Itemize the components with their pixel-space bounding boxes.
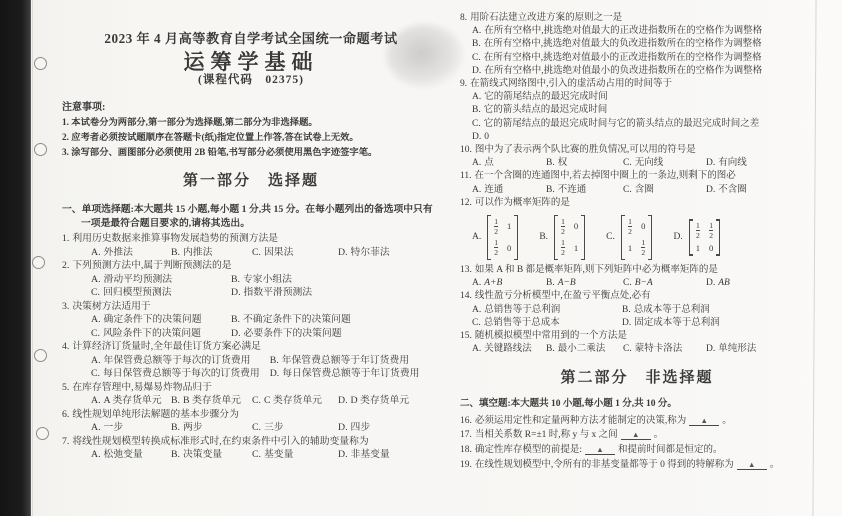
- fraction-denominator: 2: [561, 226, 565, 235]
- option-label: A.: [472, 92, 481, 102]
- option-text: 总销售等于总成本: [484, 318, 560, 328]
- matrix-cell: 1: [696, 244, 700, 253]
- option: D.四步: [338, 421, 440, 435]
- option-text: 每日保管费总额等于每次的订货费用: [103, 368, 260, 379]
- question-stem-line: 11.在一个含圈的连通图中,若去掉图中圈上的一条边,则剩下的图必: [460, 170, 814, 183]
- option: B.A−B: [546, 277, 623, 290]
- option-text: 松弛变量: [104, 449, 143, 460]
- fill-post-text: 。: [654, 430, 664, 440]
- fill-blank-item: 18.确定性库存模型的前提是:▲和提前时间都是恒定的。: [460, 443, 814, 458]
- option-label: A.: [472, 305, 481, 315]
- fraction-denominator: 2: [494, 247, 498, 256]
- option: C.在所有空格中,挑选绝对值最小的正改进指数所在的空格作为调整格: [472, 52, 814, 65]
- question: 15.随机模拟模型中常用到的一个方法是A.关键路线法B.最小二乘法C.蒙特卡洛法…: [460, 330, 814, 356]
- option: B.总成本等于总利润: [622, 304, 814, 317]
- option: D.单纯形法: [706, 343, 814, 356]
- option: B.专家小组法: [231, 273, 440, 287]
- punch-hole: [34, 57, 47, 70]
- question-number: 16.: [460, 416, 472, 426]
- matrix-cell: 1: [507, 222, 511, 231]
- fill-pre-text: 在线性规划模型中,令所有的非基变量都等于 0 得到的特解称为: [475, 460, 734, 470]
- option-label: D.: [706, 158, 715, 168]
- fill-blank-item: 19.在线性规划模型中,令所有的非基变量都等于 0 得到的特解称为▲。: [460, 458, 814, 473]
- question-stem: 可以作为概率矩阵的是: [475, 197, 570, 210]
- option-label: B.: [539, 231, 548, 244]
- option-label: A.: [91, 314, 101, 325]
- option-text: A−B: [558, 278, 576, 288]
- question-number: 12.: [460, 197, 472, 210]
- option-label: B.: [622, 305, 631, 315]
- option-text: 外推法: [104, 247, 133, 258]
- option-label: B.: [231, 314, 240, 325]
- fraction: 12: [709, 222, 713, 239]
- option: C.因果法: [252, 246, 338, 260]
- question: 9.在箭线式网络图中,引入的虚活动占用的时间等于A.它的箭尾结点的最迟完成时间B…: [460, 78, 814, 144]
- option-text: 年保管费总额等于每次的订货费用: [104, 355, 251, 366]
- option: B.年保管费总额等于年订货费用: [270, 354, 440, 368]
- option: A.关键路线法: [472, 343, 546, 356]
- option-label: D.: [338, 247, 348, 258]
- question-stem-line: 7.将线性规划模型转换成标准形式时,在约束条件中引入的辅助变量称为: [62, 435, 440, 449]
- question-stem-line: 13.如果 A 和 B 都是概率矩阵,则下列矩阵中必为概率矩阵的是: [460, 264, 814, 277]
- fraction-numerator: 1: [494, 239, 498, 247]
- option: A.121120: [472, 215, 518, 260]
- options-row: A.点B.权C.无向线D.有向线: [460, 157, 814, 170]
- fraction-denominator: 2: [696, 230, 700, 239]
- option-label: A.: [91, 422, 101, 433]
- notice-heading: 注意事项:: [62, 101, 440, 115]
- option-text: 点: [484, 158, 494, 168]
- option-text: 不连通: [558, 185, 587, 195]
- question-number: 7.: [62, 435, 69, 449]
- option-label: A.: [91, 449, 101, 460]
- option-label: B.: [270, 355, 279, 366]
- option-label: A.: [472, 185, 481, 195]
- question-stem: 线性规划单纯形法解题的基本步骤分为: [72, 408, 239, 422]
- question: 5.在库存管理中,易爆易炸物品归于A.A 类存货单元B.B 类存货单元C.C 类…: [62, 381, 440, 408]
- fill-blank-item: 16.必须运用定性和定量两种方法才能制定的决策,称为▲。: [460, 414, 814, 429]
- option: A.点: [472, 157, 546, 170]
- option-label: B.: [472, 39, 481, 49]
- question-number: 18.: [460, 445, 472, 455]
- matrix-cell: 0: [709, 244, 713, 253]
- matrix-cell: 1: [628, 244, 632, 253]
- option: D.必要条件下的决策问题: [231, 327, 440, 341]
- option-label: C.: [623, 278, 632, 288]
- options-row: A.在所有空格中,挑选绝对值最大的正改进指数所在的空格作为调整格B.在所有空格中…: [460, 25, 814, 78]
- option-text: 关键路线法: [484, 344, 532, 354]
- option: A.年保管费总额等于每次的订货费用: [91, 354, 260, 368]
- option-text: D 类存货单元: [351, 395, 410, 406]
- question: 8.用阶石法建立改进方案的原则之一是A.在所有空格中,挑选绝对值最大的正改进指数…: [460, 12, 814, 78]
- fraction: 12: [561, 218, 565, 235]
- option-text: 无向线: [635, 158, 664, 168]
- punch-hole: [32, 256, 45, 269]
- option-text: 回归模型预测法: [103, 287, 172, 298]
- question-stem: 图中为了表示两个队比赛的胜负情况,可以用的符号是: [475, 144, 696, 157]
- option-text: 单纯形法: [718, 344, 756, 354]
- answer-blank: ▲: [737, 460, 767, 470]
- option-label: D.: [622, 318, 631, 328]
- questions-8-15: 8.用阶石法建立改进方案的原则之一是A.在所有空格中,挑选绝对值最大的正改进指数…: [460, 12, 814, 356]
- matrix-grid: 120121: [561, 218, 578, 257]
- option-text: 它的箭尾结点的最迟完成时间与它的箭头结点的最迟完成时间之差: [484, 119, 760, 129]
- matrix-grid: 121210: [696, 222, 714, 252]
- fraction-numerator: 1: [641, 239, 645, 247]
- scanned-exam-page: 2023 年 4 月高等教育自学考试全国统一命题考试 运筹学基础 (课程代码 0…: [0, 0, 842, 516]
- option-label: D.: [338, 395, 348, 406]
- option: C.基变量: [252, 448, 338, 462]
- question-number: 10.: [460, 144, 472, 157]
- option: B.最小二乘法: [546, 343, 623, 356]
- fraction-denominator: 2: [561, 247, 565, 256]
- option-label: C.: [472, 318, 481, 328]
- fraction: 12: [494, 218, 498, 235]
- option: B.B 类存货单元: [171, 394, 252, 408]
- notice-item: 1. 本试卷分为两部分,第一部分为选择题,第二部分为非选择题。: [62, 116, 440, 131]
- option: A.它的箭尾结点的最迟完成时间: [472, 91, 814, 104]
- question-number: 2.: [62, 259, 69, 273]
- question-stem-line: 5.在库存管理中,易爆易炸物品归于: [62, 381, 440, 395]
- question-number: 8.: [460, 12, 467, 25]
- option-label: B.: [546, 158, 555, 168]
- option: C.每日保管费总额等于每次的订货费用: [91, 367, 260, 381]
- option-label: D.: [706, 185, 715, 195]
- notice-item: 2. 应考者必须按试题顺序在答题卡(纸)指定位置上作答,答在试卷上无效。: [62, 131, 440, 146]
- option: B.内推法: [171, 246, 252, 260]
- option: D.在所有空格中,挑选绝对值最小的负改进指数所在的空格作为调整格: [472, 65, 814, 78]
- option: B.不连通: [546, 184, 623, 197]
- options-row: A.A+BB.A−BC.B−AD.AB: [460, 277, 814, 290]
- fraction-denominator: 2: [709, 230, 713, 239]
- option-label: C.: [91, 368, 100, 379]
- option: C.回归模型预测法: [91, 286, 231, 300]
- part1-heading: 第一部分 选择题: [62, 175, 440, 189]
- option-text: 含圈: [635, 185, 654, 195]
- option-text: 它的箭尾结点的最迟完成时间: [484, 92, 608, 102]
- matrix-cell: 0: [641, 222, 645, 231]
- fill-pre-text: 确定性库存模型的前提是:: [475, 445, 582, 455]
- question: 3.决策树方法适用于A.确定条件下的决策问题B.不确定条件下的决策问题C.风险条…: [62, 300, 440, 341]
- option-label: A.: [91, 395, 101, 406]
- option-text: 连通: [484, 185, 503, 195]
- option-label: B.: [171, 247, 180, 258]
- option-text: 内推法: [183, 247, 212, 258]
- option-text: 基变量: [264, 449, 293, 460]
- option: C.它的箭尾结点的最迟完成时间与它的箭头结点的最迟完成时间之差: [472, 118, 814, 131]
- options-row: A.121120B.120121C.120112D.121210: [460, 210, 814, 264]
- option-text: B−A: [635, 278, 653, 288]
- option-text: A+B: [484, 278, 502, 288]
- matrix-cell: 1: [574, 244, 578, 253]
- question-stem: 随机模拟模型中常用到的一个方法是: [475, 330, 627, 343]
- option-text: 最小二乘法: [558, 344, 606, 354]
- right-column: 8.用阶石法建立改进方案的原则之一是A.在所有空格中,挑选绝对值最大的正改进指数…: [460, 12, 814, 472]
- matrix: 121120: [487, 215, 518, 260]
- option-text: 在所有空格中,挑选绝对值最大的正改进指数所在的空格作为调整格: [484, 26, 762, 36]
- option: D.指数平滑预测法: [231, 286, 440, 300]
- option: A.A 类存货单元: [91, 394, 171, 408]
- question-number: 5.: [62, 381, 69, 395]
- option-text: 两步: [183, 422, 203, 433]
- option-text: 特尔菲法: [351, 247, 390, 258]
- question-number: 15.: [460, 330, 472, 343]
- punch-hole: [34, 349, 47, 362]
- option-text: 在所有空格中,挑选绝对值最小的负改进指数所在的空格作为调整格: [484, 66, 762, 76]
- option-text: C 类存货单元: [264, 395, 322, 406]
- fraction: 12: [696, 222, 700, 239]
- question-stem: 将线性规划模型转换成标准形式时,在约束条件中引入的辅助变量称为: [72, 435, 368, 449]
- option-label: A.: [472, 26, 481, 36]
- fraction-denominator: 2: [628, 226, 632, 235]
- option: D.0: [472, 131, 814, 144]
- option-text: 每日保管费总额等于年订货费用: [282, 368, 419, 379]
- option-text: B 类存货单元: [183, 395, 241, 406]
- option-text: 确定条件下的决策问题: [104, 314, 202, 325]
- option-text: 不确定条件下的决策问题: [243, 314, 351, 325]
- question: 4.计算经济订货量时,全年最佳订货方案必满足A.年保管费总额等于每次的订货费用B…: [62, 340, 440, 381]
- question-stem-line: 9.在箭线式网络图中,引入的虚活动占用的时间等于: [460, 78, 814, 91]
- option: B.不确定条件下的决策问题: [231, 313, 440, 327]
- question-number: 9.: [460, 78, 467, 91]
- option: D.每日保管费总额等于年订货费用: [270, 367, 440, 381]
- option: A.总销售等于总利润: [472, 304, 622, 317]
- option-text: 必要条件下的决策问题: [244, 328, 342, 339]
- question-stem-line: 15.随机模拟模型中常用到的一个方法是: [460, 330, 814, 343]
- question-number: 1.: [62, 232, 69, 246]
- option-label: A.: [472, 231, 481, 244]
- fraction-numerator: 1: [628, 218, 632, 226]
- option-label: D.: [270, 368, 280, 379]
- option-label: C.: [91, 287, 100, 298]
- option: A.确定条件下的决策问题: [91, 313, 231, 327]
- option-label: B.: [546, 344, 555, 354]
- fraction-denominator: 2: [494, 226, 498, 235]
- question: 10.图中为了表示两个队比赛的胜负情况,可以用的符号是A.点B.权C.无向线D.…: [460, 144, 814, 170]
- option-label: C.: [472, 119, 481, 129]
- fill-post-text: 。: [722, 416, 732, 426]
- option-label: B.: [546, 185, 555, 195]
- options-row: A.一步B.两步C.三步D.四步: [62, 421, 440, 435]
- question-stem: 计算经济订货量时,全年最佳订货方案必满足: [72, 340, 261, 354]
- option-label: D.: [231, 328, 241, 339]
- fill-blank-item: 17.当相关系数 R=±1 时,称 y 与 x 之间▲。: [460, 428, 814, 443]
- option: D.不含圈: [706, 184, 814, 197]
- option-label: B.: [231, 274, 240, 285]
- option-text: 滑动平均预测法: [104, 274, 173, 285]
- fill-in-blank-questions: 16.必须运用定性和定量两种方法才能制定的决策,称为▲。17.当相关系数 R=±…: [460, 414, 814, 472]
- notice-item: 3. 涂写部分、画图部分必须使用 2B 铅笔,书写部分必须使用黑色字迹签字笔。: [62, 146, 440, 161]
- fraction-numerator: 1: [709, 222, 713, 230]
- fraction-numerator: 1: [494, 218, 498, 226]
- option: C.C 类存货单元: [252, 394, 338, 408]
- option-label: A.: [472, 344, 481, 354]
- option: A.松弛变量: [91, 448, 171, 462]
- question-stem: 在库存管理中,易爆易炸物品归于: [72, 381, 212, 395]
- option-label: C.: [252, 449, 261, 460]
- option-label: C.: [623, 158, 632, 168]
- question-number: 11.: [460, 170, 472, 183]
- question-stem-line: 3.决策树方法适用于: [62, 300, 440, 314]
- option-text: 固定成本等于总利润: [634, 318, 720, 328]
- fraction: 12: [641, 239, 645, 256]
- question-number: 17.: [460, 430, 472, 440]
- left-column: 2023 年 4 月高等教育自学考试全国统一命题考试 运筹学基础 (课程代码 0…: [62, 24, 440, 462]
- question-stem: 在箭线式网络图中,引入的虚活动占用的时间等于: [470, 78, 672, 91]
- fill-post-text: 和提前时间都是恒定的。: [618, 445, 723, 455]
- option-label: B.: [171, 449, 180, 460]
- fraction-numerator: 1: [561, 218, 565, 226]
- option: C.120112: [606, 215, 652, 260]
- option-text: 0: [484, 132, 489, 142]
- question-stem: 线性盈亏分析模型中,在盈亏平衡点处,必有: [475, 290, 651, 303]
- question-stem-line: 12.可以作为概率矩阵的是: [460, 197, 814, 210]
- option: A.在所有空格中,挑选绝对值最大的正改进指数所在的空格作为调整格: [472, 25, 814, 38]
- exam-session-title: 2023 年 4 月高等教育自学考试全国统一命题考试: [62, 32, 440, 46]
- matrix-cell: 0: [574, 222, 578, 231]
- question-stem-line: 8.用阶石法建立改进方案的原则之一是: [460, 12, 814, 25]
- option: C.蒙特卡洛法: [623, 343, 706, 356]
- question-stem-line: 14.线性盈亏分析模型中,在盈亏平衡点处,必有: [460, 290, 814, 303]
- option-text: 权: [558, 158, 568, 168]
- option-label: A.: [91, 355, 101, 366]
- option: D.非基变量: [338, 448, 440, 462]
- section2-instructions: 二、填空题:本大题共 10 小题,每小题 1 分,共 10 分。: [460, 398, 814, 411]
- answer-blank: ▲: [689, 416, 719, 426]
- option-label: B.: [171, 422, 180, 433]
- option-label: C.: [623, 344, 632, 354]
- option-text: AB: [718, 278, 730, 288]
- course-code: (课程代码 02375): [62, 74, 440, 88]
- option: C.风险条件下的决策问题: [91, 327, 231, 341]
- option: D.D 类存货单元: [338, 394, 440, 408]
- punch-hole: [36, 427, 49, 440]
- option-label: D.: [472, 132, 481, 142]
- punch-hole: [34, 143, 47, 156]
- option-label: D.: [706, 278, 715, 288]
- fraction-numerator: 1: [561, 239, 565, 247]
- question-stem: 下列预测方法中,属于判断预测法的是: [72, 259, 231, 273]
- question-stem: 用阶石法建立改进方案的原则之一是: [470, 12, 622, 25]
- options-row: A.总销售等于总利润B.总成本等于总利润C.总销售等于总成本D.固定成本等于总利…: [460, 304, 814, 330]
- option-text: 专家小组法: [243, 274, 292, 285]
- option-text: 不含圈: [718, 185, 747, 195]
- part2-heading: 第二部分 非选择题: [460, 372, 814, 385]
- option-text: 在所有空格中,挑选绝对值最大的负改进指数所在的空格作为调整格: [484, 39, 762, 49]
- question-number: 13.: [460, 264, 472, 277]
- question: 7.将线性规划模型转换成标准形式时,在约束条件中引入的辅助变量称为A.松弛变量B…: [62, 435, 440, 462]
- option: D.有向线: [706, 157, 814, 170]
- option-text: 在所有空格中,挑选绝对值最小的正改进指数所在的空格作为调整格: [484, 53, 762, 63]
- option-text: 总成本等于总利润: [634, 305, 710, 315]
- matrix-grid: 121120: [494, 218, 511, 257]
- options-row: A.连通B.不连通C.含圈D.不含圈: [460, 184, 814, 197]
- fraction: 12: [628, 218, 632, 235]
- question: 13.如果 A 和 B 都是概率矩阵,则下列矩阵中必为概率矩阵的是A.A+BB.…: [460, 264, 814, 290]
- question-stem-line: 1.利用历史数据来推算事物发展趋势的预测方法是: [62, 232, 440, 246]
- option-text: 它的箭头结点的最迟完成时间: [484, 105, 608, 115]
- options-row: A.松弛变量B.决策变量C.基变量D.非基变量: [62, 448, 440, 462]
- option: C.含圈: [623, 184, 706, 197]
- options-row: A.关键路线法B.最小二乘法C.蒙特卡洛法D.单纯形法: [460, 343, 814, 356]
- question: 14.线性盈亏分析模型中,在盈亏平衡点处,必有A.总销售等于总利润B.总成本等于…: [460, 290, 814, 330]
- question-stem-line: 10.图中为了表示两个队比赛的胜负情况,可以用的符号是: [460, 144, 814, 157]
- option-text: 有向线: [718, 158, 747, 168]
- answer-blank: ▲: [621, 430, 651, 440]
- option-label: A.: [91, 274, 101, 285]
- option-label: D.: [472, 66, 481, 76]
- option-text: 四步: [351, 422, 371, 433]
- option: A.一步: [91, 421, 171, 435]
- matrix: 120112: [621, 215, 653, 260]
- option-text: 指数平滑预测法: [244, 287, 313, 298]
- option: B.决策变量: [171, 448, 252, 462]
- question-stem: 决策树方法适用于: [72, 300, 150, 314]
- question: 1.利用历史数据来推算事物发展趋势的预测方法是A.外推法B.内推法C.因果法D.…: [62, 232, 440, 259]
- question-number: 14.: [460, 290, 472, 303]
- fraction: 12: [561, 239, 565, 256]
- fraction: 12: [494, 239, 498, 256]
- option: C.B−A: [623, 277, 706, 290]
- question: 2.下列预测方法中,属于判断预测法的是A.滑动平均预测法B.专家小组法C.回归模…: [62, 259, 440, 300]
- question-stem: 如果 A 和 B 都是概率矩阵,则下列矩阵中必为概率矩阵的是: [475, 264, 718, 277]
- option: C.无向线: [623, 157, 706, 170]
- option-label: B.: [546, 278, 555, 288]
- option: D.固定成本等于总利润: [622, 317, 814, 330]
- option: B.在所有空格中,挑选绝对值最大的负改进指数所在的空格作为调整格: [472, 38, 814, 51]
- option: D.121210: [673, 219, 720, 255]
- option-label: C.: [252, 395, 261, 406]
- option-label: C.: [91, 328, 100, 339]
- options-row: A.确定条件下的决策问题B.不确定条件下的决策问题C.风险条件下的决策问题D.必…: [62, 313, 440, 340]
- option-label: C.: [623, 185, 632, 195]
- option-label: A.: [472, 158, 481, 168]
- option-label: C.: [606, 231, 615, 244]
- fill-post-text: 。: [770, 460, 780, 470]
- option: C.三步: [252, 421, 338, 435]
- option-text: A 类存货单元: [104, 395, 162, 406]
- option: C.总销售等于总成本: [472, 317, 622, 330]
- answer-blank: ▲: [585, 445, 615, 455]
- option-label: D.: [338, 449, 348, 460]
- fill-pre-text: 当相关系数 R=±1 时,称 y 与 x 之间: [475, 430, 618, 440]
- option: A.滑动平均预测法: [91, 273, 231, 287]
- option-label: C.: [252, 422, 261, 433]
- option-text: 总销售等于总利润: [484, 305, 560, 315]
- options-row: A.年保管费总额等于每次的订货费用B.年保管费总额等于年订货费用C.每日保管费总…: [62, 354, 440, 381]
- options-row: A.滑动平均预测法B.专家小组法C.回归模型预测法D.指数平滑预测法: [62, 273, 440, 300]
- question-number: 6.: [62, 408, 69, 422]
- option: D.AB: [706, 277, 814, 290]
- option-text: 一步: [104, 422, 124, 433]
- option-text: 三步: [264, 422, 284, 433]
- question: 6.线性规划单纯形法解题的基本步骤分为A.一步B.两步C.三步D.四步: [62, 408, 440, 435]
- option-text: 决策变量: [183, 449, 222, 460]
- option: B.两步: [171, 421, 252, 435]
- option-label: B.: [171, 395, 180, 406]
- option: B.120121: [539, 215, 585, 260]
- option: A.A+B: [472, 277, 546, 290]
- matrix-grid: 120112: [628, 218, 646, 257]
- question-stem-line: 4.计算经济订货量时,全年最佳订货方案必满足: [62, 340, 440, 354]
- options-row: A.A 类存货单元B.B 类存货单元C.C 类存货单元D.D 类存货单元: [62, 394, 440, 408]
- fill-pre-text: 必须运用定性和定量两种方法才能制定的决策,称为: [475, 416, 686, 426]
- question: 12.可以作为概率矩阵的是A.121120B.120121C.120112D.1…: [460, 197, 814, 264]
- question-stem-line: 2.下列预测方法中,属于判断预测法的是: [62, 259, 440, 273]
- option: D.特尔菲法: [338, 246, 440, 260]
- question-number: 4.: [62, 340, 69, 354]
- option-label: B.: [472, 105, 481, 115]
